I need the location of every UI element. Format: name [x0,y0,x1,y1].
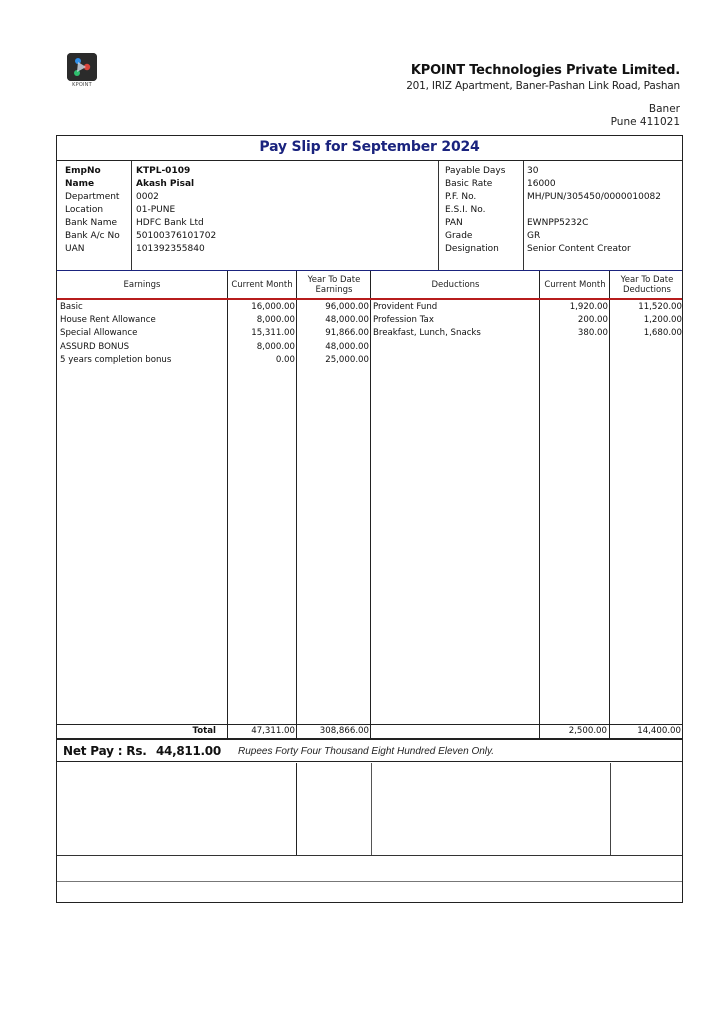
info-value: 16000 [527,178,661,191]
earning-name: ASSURD BONUS [60,341,225,354]
earning-current: 0.00 [228,354,295,367]
info-label: Designation [445,243,505,256]
info-label: Bank Name [65,217,120,230]
footer-row [57,856,682,882]
payslip-table: Pay Slip for September 2024 EmpNoNameDep… [56,135,683,903]
info-label: Grade [445,230,505,243]
total-earn-current: 47,311.00 [251,726,295,736]
employee-left-labels: EmpNoNameDepartmentLocationBank NameBank… [65,165,120,256]
info-label: EmpNo [65,165,120,178]
deductions-ytd: 11,520.001,200.001,680.00 [611,301,682,341]
payslip-title-row: Pay Slip for September 2024 [57,136,682,161]
info-label: P.F. No. [445,191,505,204]
header-ded-ytd: Year To Date Deductions [611,271,683,299]
net-pay-label: Net Pay : Rs. [63,744,147,758]
column-divider [610,763,611,855]
earning-current: 8,000.00 [228,314,295,327]
header-earnings: Earnings [57,271,227,299]
header-earn-ytd: Year To Date Earnings [298,271,370,299]
company-logo [67,53,97,81]
column-divider [371,763,372,855]
earning-ytd: 96,000.00 [298,301,369,314]
info-value: 50100376101702 [136,230,216,243]
column-divider [296,271,297,739]
info-value: 01-PUNE [136,204,216,217]
deduction-ytd: 11,520.00 [611,301,682,314]
deduction-name: Provident Fund [373,301,538,314]
logo-caption: KPOINT [66,82,98,88]
deductions-current: 1,920.00200.00380.00 [541,301,608,341]
company-address-line3: Pune 411021 [406,116,680,129]
earnings-ytd: 96,000.0048,000.0091,866.0048,000.0025,0… [298,301,369,367]
deduction-ytd: 1,200.00 [611,314,682,327]
deduction-current: 380.00 [541,327,608,340]
earning-name: House Rent Allowance [60,314,225,327]
info-label: UAN [65,243,120,256]
earning-ytd: 25,000.00 [298,354,369,367]
earning-ytd: 91,866.00 [298,327,369,340]
total-ded-current: 2,500.00 [569,726,607,736]
info-value: 101392355840 [136,243,216,256]
kpoint-logo-icon [67,53,97,81]
header-separator [57,298,682,300]
column-divider [609,271,610,739]
earnings-current: 16,000.008,000.0015,311.008,000.000.00 [228,301,295,367]
company-address-line2: Baner [406,103,680,116]
earning-name: Special Allowance [60,327,225,340]
company-header: KPOINT Technologies Private Limited. 201… [406,63,680,128]
column-divider [370,271,371,739]
info-label: PAN [445,217,505,230]
payslip-title: Pay Slip for September 2024 [259,139,479,155]
earning-current: 16,000.00 [228,301,295,314]
total-label: Total [193,726,216,736]
info-label: Bank A/c No [65,230,120,243]
earnings-deductions-grid: Earnings Current Month Year To Date Earn… [57,271,682,739]
total-ded-ytd: 14,400.00 [637,726,681,736]
divider [438,161,439,270]
info-value: GR [527,230,661,243]
totals-row: Total 47,311.00 308,866.00 2,500.00 14,4… [57,725,682,739]
info-label: E.S.I. No. [445,204,505,217]
info-value: EWNPP5232C [527,217,661,230]
info-label: Name [65,178,120,191]
employee-right-values: 3016000MH/PUN/305450/0000010082 EWNPP523… [527,165,661,256]
company-address-line1: 201, IRIZ Apartment, Baner-Pashan Link R… [406,80,680,92]
header-earn-current: Current Month [228,271,296,299]
earning-ytd: 48,000.00 [298,314,369,327]
info-value: Akash Pisal [136,178,216,191]
column-divider [539,271,540,739]
deduction-current: 200.00 [541,314,608,327]
info-value: Senior Content Creator [527,243,661,256]
earning-ytd: 48,000.00 [298,341,369,354]
earning-current: 15,311.00 [228,327,295,340]
column-divider [296,763,297,855]
info-label: Location [65,204,120,217]
employee-right-labels: Payable DaysBasic RateP.F. No.E.S.I. No.… [445,165,505,256]
divider [523,161,524,270]
net-pay-amount: 44,811.00 [156,744,221,758]
info-value: HDFC Bank Ltd [136,217,216,230]
employee-info: EmpNoNameDepartmentLocationBank NameBank… [57,161,682,271]
info-value [527,204,661,217]
header-deductions: Deductions [372,271,539,299]
company-name: KPOINT Technologies Private Limited. [406,63,680,78]
info-label: Basic Rate [445,178,505,191]
net-pay-words: Rupees Forty Four Thousand Eight Hundred… [238,746,494,757]
total-earn-ytd: 308,866.00 [320,726,369,736]
info-value: KTPL-0109 [136,165,216,178]
divider [131,161,132,270]
deductions-names: Provident FundProfession TaxBreakfast, L… [373,301,538,341]
earning-name: Basic [60,301,225,314]
deduction-name: Profession Tax [373,314,538,327]
info-value: 0002 [136,191,216,204]
header-ded-current: Current Month [541,271,609,299]
info-label: Payable Days [445,165,505,178]
deduction-name: Breakfast, Lunch, Snacks [373,327,538,340]
earning-current: 8,000.00 [228,341,295,354]
signature-area [57,763,682,856]
info-label: Department [65,191,120,204]
earnings-names: BasicHouse Rent AllowanceSpecial Allowan… [60,301,225,367]
deduction-ytd: 1,680.00 [611,327,682,340]
net-pay-row: Net Pay : Rs. 44,811.00 Rupees Forty Fou… [57,740,682,762]
info-value: MH/PUN/305450/0000010082 [527,191,661,204]
info-value: 30 [527,165,661,178]
employee-left-values: KTPL-0109Akash Pisal000201-PUNEHDFC Bank… [136,165,216,256]
earning-name: 5 years completion bonus [60,354,225,367]
deduction-current: 1,920.00 [541,301,608,314]
